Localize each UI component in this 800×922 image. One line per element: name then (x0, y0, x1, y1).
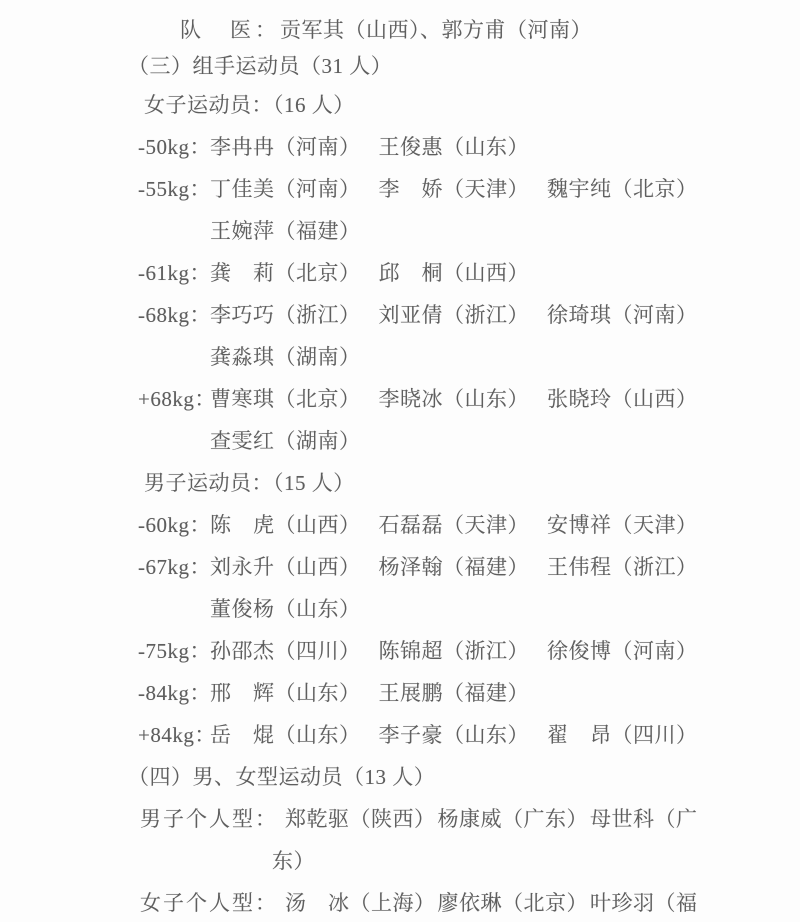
doc-line-section: （四）男、女型运动员（13 人） (0, 756, 800, 798)
weight-class-label: +68kg： (138, 378, 210, 420)
doc-line-weight: -55kg：丁佳美（河南）李 娇（天津）魏宇纯（北京） (0, 168, 800, 210)
doc-line-group: 男子运动员：（15 人） (0, 462, 800, 504)
athlete-entry: 石磊磊（天津） (379, 513, 530, 537)
athlete-entry: 廖依琳（北京） (438, 891, 589, 915)
athlete-entry: 郑乾驱（陕西） (285, 807, 436, 831)
athlete-entry: 岳 焜（山东） (210, 723, 361, 747)
section-heading-text: （四）男、女型运动员（13 人） (128, 765, 435, 789)
athlete-entry: 汤 冰（上海） (285, 891, 436, 915)
doc-line-weight: -50kg：李冉冉（河南）王俊惠（山东） (0, 126, 800, 168)
athlete-entry: 翟 昂（四川） (547, 723, 698, 747)
athlete-entry: 李巧巧（浙江） (210, 303, 361, 327)
doc-line-weight: -60kg：陈 虎（山西）石磊磊（天津）安博祥（天津） (0, 504, 800, 546)
athlete-entry: 王俊惠（山东） (379, 135, 530, 159)
athlete-entry: 邱 桐（山西） (379, 261, 530, 285)
doc-line-weight: -68kg：李巧巧（浙江）刘亚倩（浙江）徐琦琪（河南） (0, 294, 800, 336)
doc-line-weight: -61kg：龚 莉（北京）邱 桐（山西） (0, 252, 800, 294)
weight-class-label: -68kg： (138, 294, 210, 336)
weight-class-label: -50kg： (138, 126, 210, 168)
doc-line-cont: 查雯红（湖南） (0, 420, 800, 462)
athlete-entry: 龚 莉（北京） (210, 261, 361, 285)
weight-class-label: -67kg： (138, 546, 210, 588)
athlete-entry: 魏宇纯（北京） (547, 177, 698, 201)
athlete-entry: 徐俊博（河南） (547, 639, 698, 663)
weight-class-label: +84kg： (138, 714, 210, 756)
row-label: 女子个人型： (140, 882, 285, 922)
athlete-entry: 王伟程（浙江） (547, 555, 698, 579)
doc-line-cont: 龚淼琪（湖南） (0, 336, 800, 378)
line-text: 贡军其（山西）、郭方甫（河南） (280, 18, 592, 42)
athlete-entry: 李晓冰（山东） (379, 387, 530, 411)
section-heading-text: （三）组手运动员（31 人） (128, 54, 392, 78)
line-text: 男子运动员：（15 人） (144, 471, 355, 495)
doc-line-weight: -84kg：邢 辉（山东）王展鹏（福建） (0, 672, 800, 714)
athlete-entry: 安博祥（天津） (547, 513, 698, 537)
doc-line-weight: +84kg：岳 焜（山东）李子豪（山东）翟 昂（四川） (0, 714, 800, 756)
athlete-entry: 孙邵杰（四川） (210, 639, 361, 663)
doc-line-cont: 董俊杨（山东） (0, 588, 800, 630)
athlete-entry: 陈 虎（山西） (210, 513, 361, 537)
row-label: 队 医： (180, 12, 280, 48)
athlete-entry: 邢 辉（山东） (210, 681, 361, 705)
doc-line-group: 女子运动员：（16 人） (0, 84, 800, 126)
weight-class-label: -75kg： (138, 630, 210, 672)
athlete-entry: 龚淼琪（湖南） (210, 345, 361, 369)
athlete-entry: 董俊杨（山东） (210, 597, 361, 621)
athlete-entry: 杨泽翰（福建） (379, 555, 530, 579)
athlete-entry: 李 娇（天津） (379, 177, 530, 201)
athlete-entry: 查雯红（湖南） (210, 429, 361, 453)
doc-line-kata-cont: 东） (0, 840, 800, 882)
athlete-entry: 徐琦琪（河南） (547, 303, 698, 327)
athlete-entry: 母世科（广 (590, 807, 698, 831)
weight-class-label: -61kg： (138, 252, 210, 294)
athlete-entry: 曹寒琪（北京） (210, 387, 361, 411)
row-label: 男子个人型： (140, 798, 285, 840)
athlete-entry: 丁佳美（河南） (210, 177, 361, 201)
line-text: 东） (272, 849, 315, 873)
athlete-entry: 王婉萍（福建） (210, 219, 361, 243)
athlete-entry: 刘永升（山西） (210, 555, 361, 579)
athlete-entry: 王展鹏（福建） (379, 681, 530, 705)
athlete-entry: 陈锦超（浙江） (379, 639, 530, 663)
weight-class-label: -55kg： (138, 168, 210, 210)
athlete-entry: 李子豪（山东） (379, 723, 530, 747)
athlete-entry: 杨康威（广东） (438, 807, 589, 831)
doc-line-kata: 女子个人型：汤 冰（上海）廖依琳（北京）叶珍羽（福 (0, 882, 800, 922)
doc-line-cont: 王婉萍（福建） (0, 210, 800, 252)
doc-line-kata: 男子个人型：郑乾驱（陕西）杨康威（广东）母世科（广 (0, 798, 800, 840)
weight-class-label: -60kg： (138, 504, 210, 546)
athlete-entry: 叶珍羽（福 (590, 891, 698, 915)
weight-class-label: -84kg： (138, 672, 210, 714)
doc-line-staff: 队 医：贡军其（山西）、郭方甫（河南） (0, 12, 800, 48)
line-text: 女子运动员：（16 人） (144, 93, 355, 117)
doc-line-weight: -67kg：刘永升（山西）杨泽翰（福建）王伟程（浙江） (0, 546, 800, 588)
doc-line-section: （三）组手运动员（31 人） (0, 48, 800, 84)
athlete-entry: 李冉冉（河南） (210, 135, 361, 159)
document-page: 队 医：贡军其（山西）、郭方甫（河南）（三）组手运动员（31 人）女子运动员：（… (0, 0, 800, 922)
athlete-entry: 张晓玲（山西） (547, 387, 698, 411)
doc-line-weight: +68kg：曹寒琪（北京）李晓冰（山东）张晓玲（山西） (0, 378, 800, 420)
athlete-entry: 刘亚倩（浙江） (379, 303, 530, 327)
doc-line-weight: -75kg：孙邵杰（四川）陈锦超（浙江）徐俊博（河南） (0, 630, 800, 672)
